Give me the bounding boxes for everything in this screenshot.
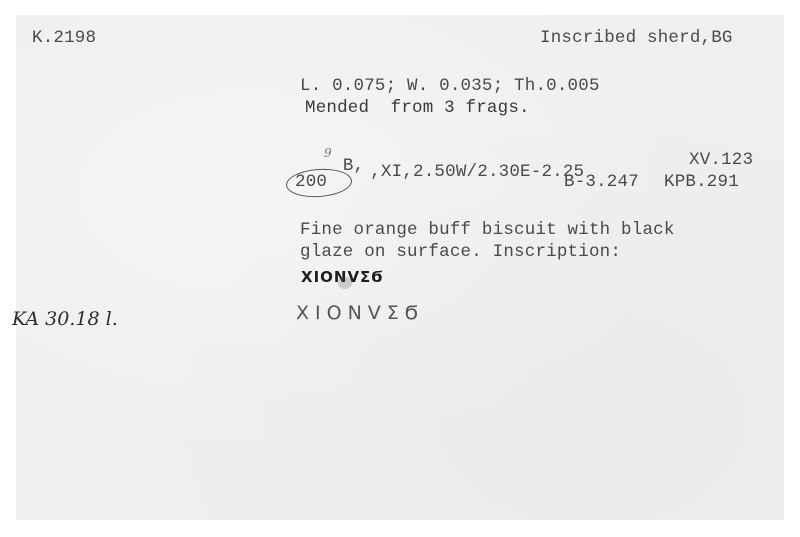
notebook-reference: B-3.247 (564, 172, 639, 192)
circled-number: 200 (295, 172, 327, 192)
catalog-number: K.2198 (32, 28, 96, 48)
handwritten-correction: 9 (324, 146, 332, 160)
plate-reference: XV.123 (689, 150, 753, 170)
object-type: Inscribed sherd,BG (540, 28, 733, 48)
kpb-reference: KPB.291 (664, 172, 739, 192)
dimensions: L. 0.075; W. 0.035; Th.0.005 (300, 76, 600, 96)
inscription-pencil: ΧΙΟΝVΣϬ (296, 302, 424, 324)
description-line-2: glaze on surface. Inscription: (300, 242, 621, 262)
description-line-1: Fine orange buff biscuit with black (300, 220, 675, 240)
ink-smudge (338, 277, 352, 289)
margin-note: KA 30.18 l. (12, 308, 118, 330)
findspot-coordinates: ,XI,2.50W/2.30E-2.25 (370, 162, 584, 182)
condition-note: Mended from 3 frags. (305, 98, 530, 118)
catalog-card: K.2198 Inscribed sherd,BG L. 0.075; W. 0… (16, 15, 784, 520)
